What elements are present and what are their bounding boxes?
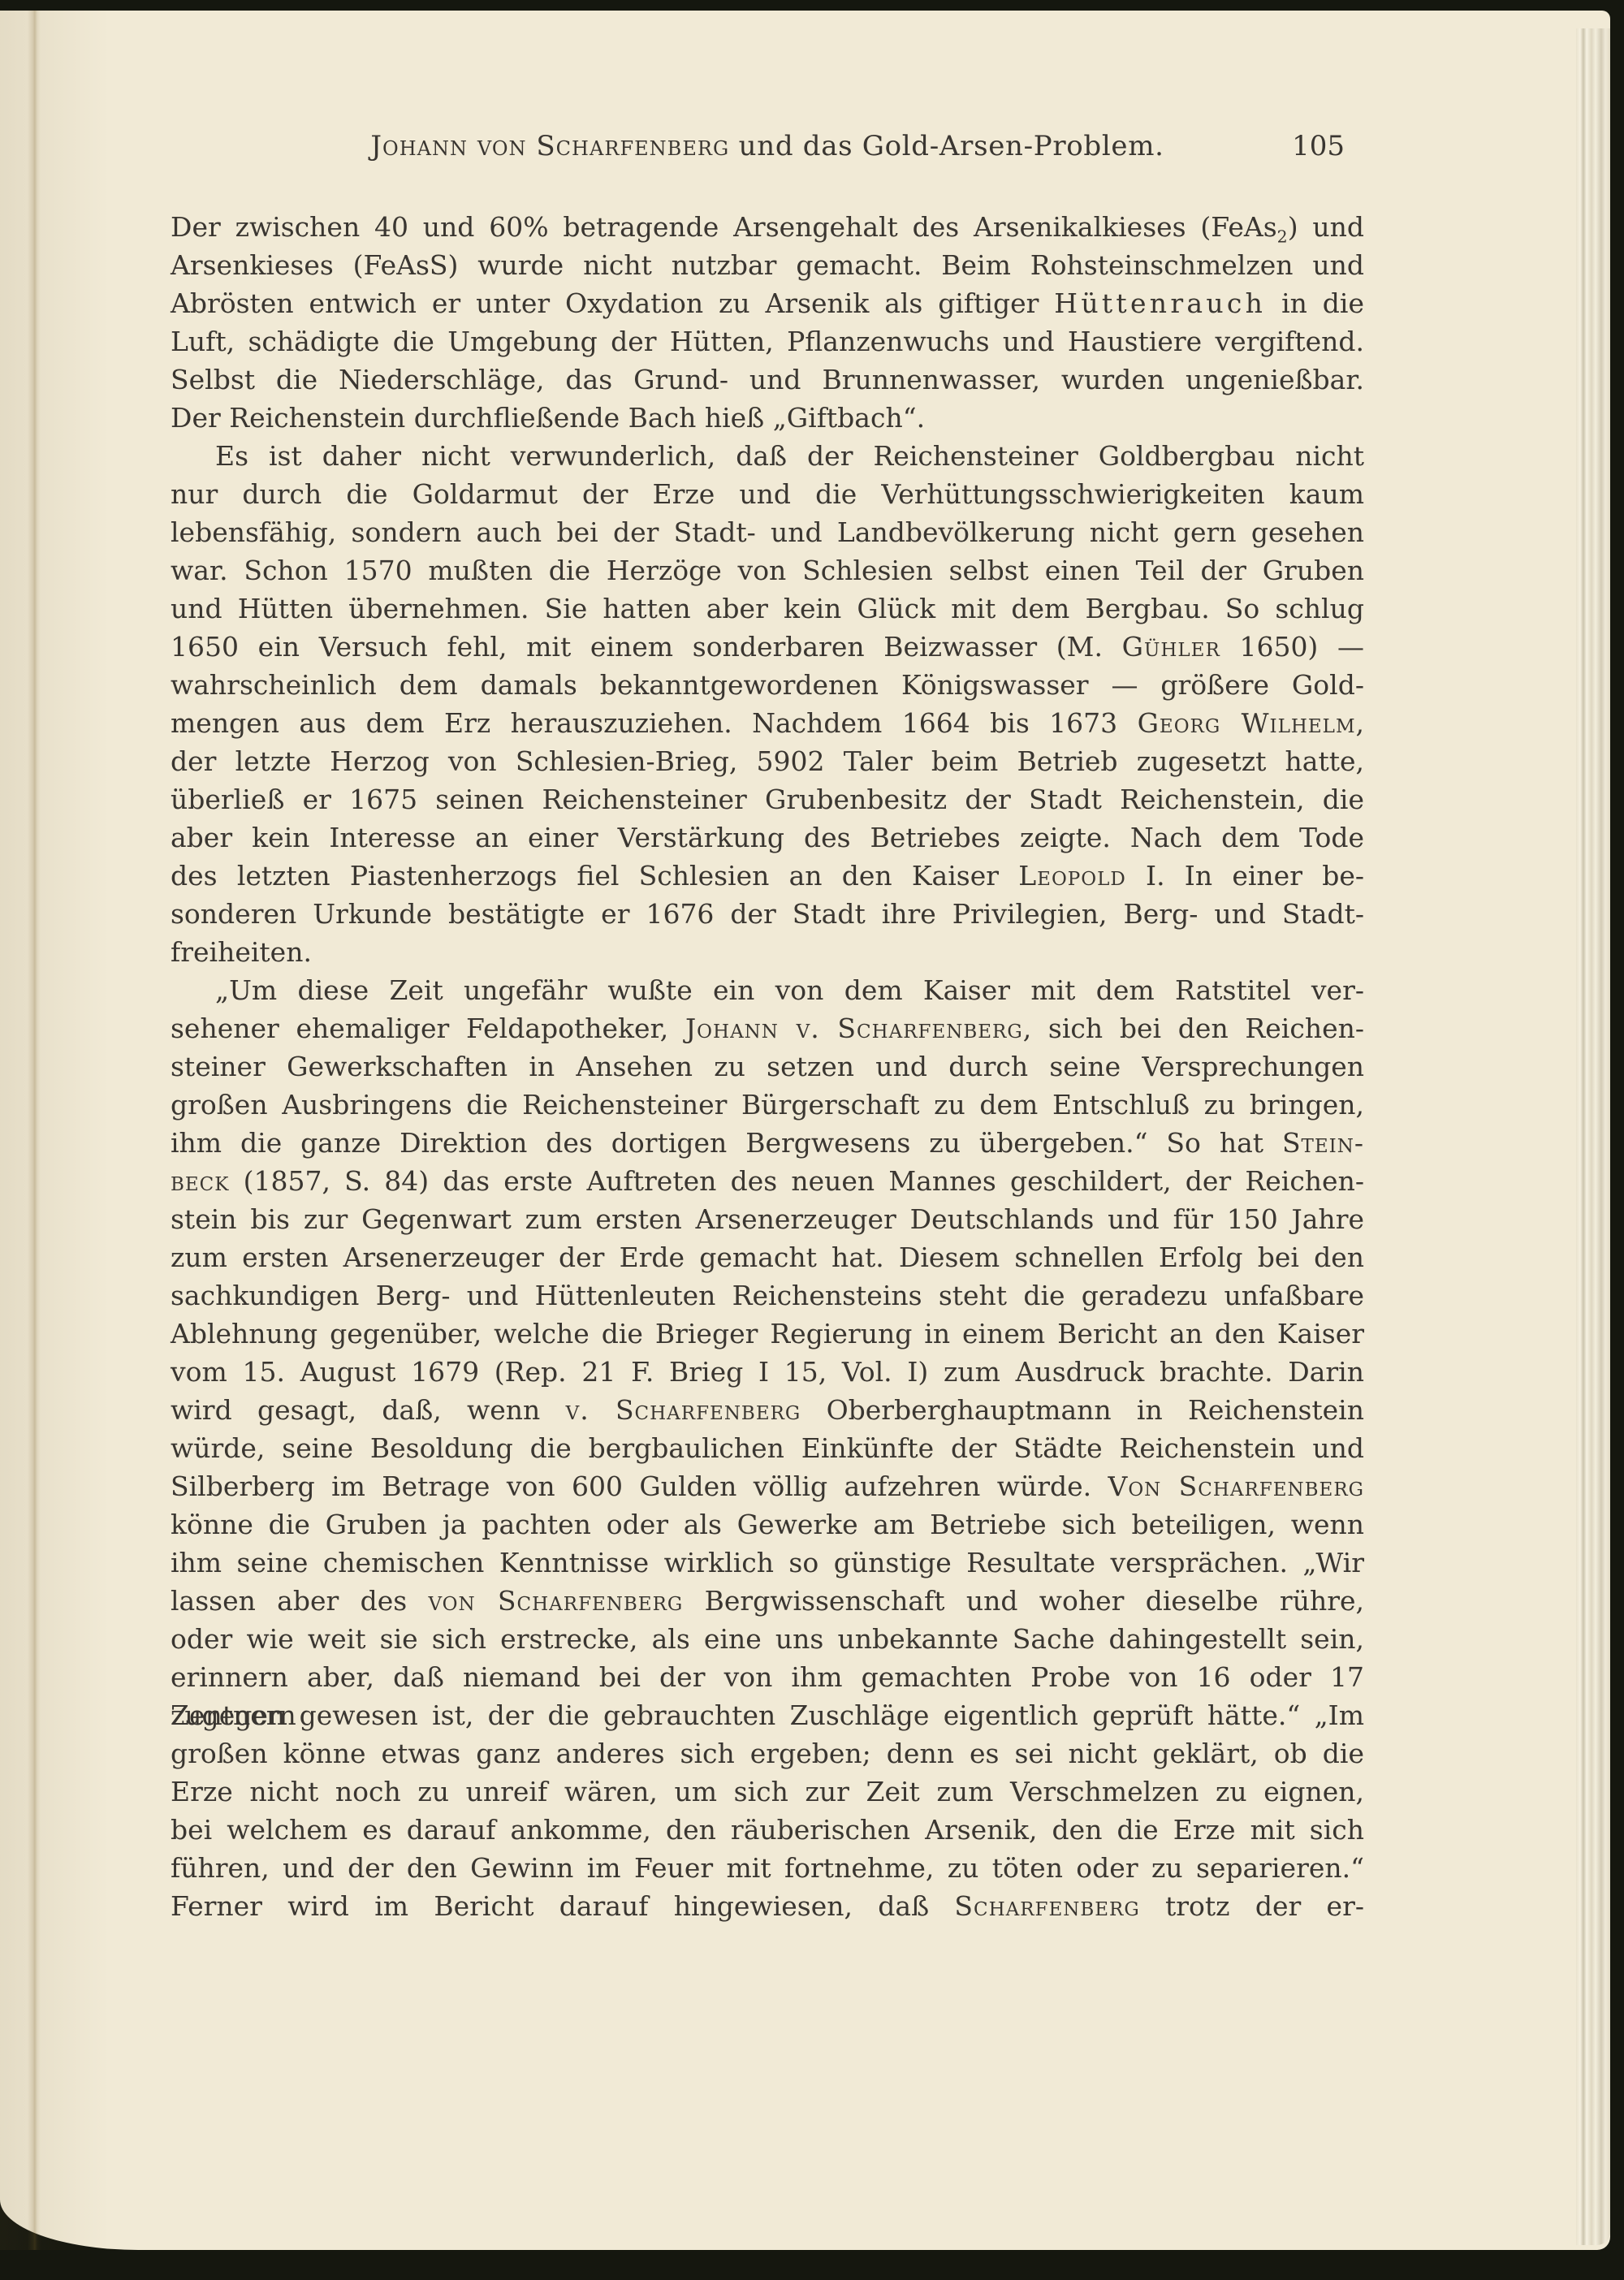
text-run: vom 15. August 1679 (Rep. 21 F. Brieg I … <box>171 1356 1364 1388</box>
text-line: Abrösten entwich er unter Oxydation zu A… <box>171 284 1364 322</box>
page-gutter-crease <box>28 11 41 2250</box>
text-run: mengen aus dem Erz herauszuziehen. Nachd… <box>171 707 1138 739</box>
running-head: Johann von Scharfenberg und das Gold-Ars… <box>171 127 1364 165</box>
text-run: 1650) — <box>1220 631 1364 663</box>
text-line: sachkundigen Berg- und Hüttenleuten Reic… <box>171 1276 1364 1315</box>
text-run: Hüttenrauch <box>1054 287 1266 319</box>
text-run: des letzten Piastenherzogs fiel Schlesie… <box>171 860 1018 892</box>
subscript-text: 2 <box>1277 227 1288 247</box>
text-run: der letzte Herzog von Schlesien-Brieg, 5… <box>171 745 1364 777</box>
text-run: könne die Gruben ja pachten oder als Gew… <box>171 1509 1364 1540</box>
text-line: lassen aber des von Scharfenberg Bergwis… <box>171 1582 1364 1620</box>
text-line: der letzte Herzog von Schlesien-Brieg, 5… <box>171 742 1364 780</box>
text-line: Der Reichenstein durchfließende Bach hie… <box>171 399 1364 437</box>
text-line: Ferner wird im Bericht darauf hingewiese… <box>171 1887 1364 1925</box>
text-run: 1650 ein Versuch fehl, mit einem sonderb… <box>171 631 1122 663</box>
text-run: Der zwischen 40 und 60% betragende Arsen… <box>171 211 1277 243</box>
text-line: 1650 ein Versuch fehl, mit einem sonderb… <box>171 628 1364 666</box>
text-run: ihm seine chemischen Kenntnisse wirklich… <box>171 1547 1364 1578</box>
text-line: Es ist daher nicht verwunderlich, daß de… <box>171 437 1364 475</box>
running-head-title: Johann von Scharfenberg und das Gold-Ars… <box>171 127 1364 165</box>
text-run: sachkundigen Berg- und Hüttenleuten Reic… <box>171 1280 1364 1311</box>
text-run: und Hütten übernehmen. Sie hatten aber k… <box>171 593 1364 624</box>
text-line: oder wie weit sie sich erstrecke, als ei… <box>171 1620 1364 1658</box>
text-run: (1857, S. 84) das erste Auftreten des ne… <box>229 1165 1364 1197</box>
text-body: Der zwischen 40 und 60% betragende Arsen… <box>171 208 1364 1925</box>
text-run: aber kein Interesse an einer Verstärkung… <box>171 822 1364 853</box>
text-line: vom 15. August 1679 (Rep. 21 F. Brieg I … <box>171 1353 1364 1391</box>
text-run: lebensfähig, sondern auch bei der Stadt-… <box>171 516 1364 548</box>
book-photo: Johann von Scharfenberg und das Gold-Ars… <box>0 0 1624 2280</box>
page-edge-stack <box>1576 28 1610 2245</box>
text-line: des letzten Piastenherzogs fiel Schlesie… <box>171 857 1364 895</box>
text-line: Silberberg im Betrage von 600 Gulden völ… <box>171 1467 1364 1505</box>
text-line: war. Schon 1570 mußten die Herzöge von S… <box>171 551 1364 589</box>
text-run: Selbst die Niederschläge, das Grund- und… <box>171 364 1364 395</box>
text-run: Ferner wird im Bericht darauf hingewiese… <box>171 1890 954 1922</box>
text-run: , sich bei den Reichen- <box>1023 1013 1364 1044</box>
text-run: Der Reichenstein durchfließende Bach hie… <box>171 402 925 434</box>
text-run: Erze nicht noch zu unreif wären, um sich… <box>171 1776 1364 1807</box>
paragraph: Der zwischen 40 und 60% betragende Arsen… <box>171 208 1364 437</box>
text-line: Luft, schädigte die Umgebung der Hütten,… <box>171 322 1364 361</box>
text-run: stein bis zur Gegenwart zum ersten Arsen… <box>171 1203 1364 1235</box>
text-line: wird gesagt, daß, wenn v. Scharfenberg O… <box>171 1391 1364 1429</box>
smallcaps-name: von Scharfenberg <box>428 1585 683 1617</box>
text-run: wird gesagt, daß, wenn <box>171 1394 566 1426</box>
text-run: freiheiten. <box>171 936 312 968</box>
text-run: großen Ausbringens die Reichensteiner Bü… <box>171 1089 1364 1121</box>
text-line: großen könne etwas ganz anderes sich erg… <box>171 1734 1364 1773</box>
text-run: Luft, schädigte die Umgebung der Hütten,… <box>171 326 1364 357</box>
text-run: führen, und der den Gewinn im Feuer mit … <box>171 1852 1364 1884</box>
smallcaps-name: Georg Wilhelm <box>1138 707 1356 739</box>
text-run: sonderen Urkunde bestätigte er 1676 der … <box>171 898 1364 930</box>
text-run: oder wie weit sie sich erstrecke, als ei… <box>171 1623 1364 1655</box>
text-line: Erze nicht noch zu unreif wären, um sich… <box>171 1773 1364 1811</box>
text-line: „Um diese Zeit ungefähr wußte ein von de… <box>171 971 1364 1009</box>
text-run: lassen aber des <box>171 1585 428 1617</box>
text-line: beck (1857, S. 84) das erste Auftreten d… <box>171 1162 1364 1200</box>
text-line: großen Ausbringens die Reichensteiner Bü… <box>171 1086 1364 1124</box>
text-line: nur durch die Goldarmut der Erze und die… <box>171 475 1364 513</box>
text-run: Abrösten entwich er unter Oxydation zu A… <box>171 287 1054 319</box>
text-run: großen könne etwas ganz anderes sich erg… <box>171 1738 1364 1769</box>
text-run: wahrscheinlich dem damals bekanntgeworde… <box>171 669 1364 701</box>
text-line: aber kein Interesse an einer Verstärkung… <box>171 818 1364 857</box>
text-run: Arsenkieses (FeAsS) wurde nicht nutzbar … <box>171 249 1364 281</box>
smallcaps-name: Scharfenberg <box>954 1890 1139 1922</box>
text-run: Es ist daher nicht verwunderlich, daß de… <box>215 440 1364 472</box>
text-run: , <box>1355 707 1364 739</box>
text-line: sonderen Urkunde bestätigte er 1676 der … <box>171 895 1364 933</box>
text-line: freiheiten. <box>171 933 1364 971</box>
text-run: würde, seine Besoldung die bergbaulichen… <box>171 1432 1364 1464</box>
text-run: steiner Gewerkschaften in Ansehen zu set… <box>171 1051 1364 1082</box>
smallcaps-name: beck <box>171 1165 229 1197</box>
text-line: zugegen gewesen ist, der die gebrauchten… <box>171 1696 1364 1734</box>
text-run: „Um diese Zeit ungefähr wußte ein von de… <box>215 974 1364 1006</box>
text-line: Der zwischen 40 und 60% betragende Arsen… <box>171 208 1364 246</box>
text-line: zum ersten Arsenerzeuger der Erde gemach… <box>171 1238 1364 1276</box>
text-line: und Hütten übernehmen. Sie hatten aber k… <box>171 589 1364 628</box>
text-run: und das Gold-Arsen-Problem. <box>729 130 1164 162</box>
text-line: ihm die ganze Direktion des dortigen Ber… <box>171 1124 1364 1162</box>
text-run: Ablehnung gegenüber, welche die Brieger … <box>171 1318 1364 1349</box>
text-line: steiner Gewerkschaften in Ansehen zu set… <box>171 1047 1364 1086</box>
text-run: sehener ehemaliger Feldapotheker, <box>171 1013 685 1044</box>
paragraph: Es ist daher nicht verwunderlich, daß de… <box>171 437 1364 971</box>
page-number: 105 <box>1292 127 1345 165</box>
text-run: bei welchem es darauf ankomme, den räube… <box>171 1814 1364 1846</box>
text-run: zugegen gewesen ist, der die gebrauchten… <box>171 1699 1364 1731</box>
text-run: trotz der er- <box>1140 1890 1364 1922</box>
text-run: Oberberghauptmann in Reichenstein <box>801 1394 1364 1426</box>
smallcaps-name: Johann von Scharfenberg <box>370 130 729 162</box>
smallcaps-name: Johann v. Scharfenberg <box>685 1013 1023 1044</box>
text-run: Bergwissenschaft und woher dieselbe rühr… <box>683 1585 1364 1617</box>
book-page: Johann von Scharfenberg und das Gold-Ars… <box>0 11 1610 2250</box>
text-line: Arsenkieses (FeAsS) wurde nicht nutzbar … <box>171 246 1364 284</box>
text-run: ) und <box>1288 211 1364 243</box>
text-line: würde, seine Besoldung die bergbaulichen… <box>171 1429 1364 1467</box>
smallcaps-name: Gühler <box>1122 631 1220 663</box>
text-run: I. In einer be- <box>1126 860 1364 892</box>
text-line: erinnern aber, daß niemand bei der von i… <box>171 1658 1364 1696</box>
paragraph: „Um diese Zeit ungefähr wußte ein von de… <box>171 971 1364 1925</box>
text-line: führen, und der den Gewinn im Feuer mit … <box>171 1849 1364 1887</box>
text-line: ihm seine chemischen Kenntnisse wirklich… <box>171 1544 1364 1582</box>
text-line: stein bis zur Gegenwart zum ersten Arsen… <box>171 1200 1364 1238</box>
smallcaps-name: Von Scharfenberg <box>1108 1470 1364 1502</box>
text-run: ihm die ganze Direktion des dortigen Ber… <box>171 1127 1282 1159</box>
smallcaps-name: Stein- <box>1282 1127 1364 1159</box>
text-run: in die <box>1266 287 1364 319</box>
text-line: sehener ehemaliger Feldapotheker, Johann… <box>171 1009 1364 1047</box>
text-run: nur durch die Goldarmut der Erze und die… <box>171 478 1364 510</box>
text-line: Ablehnung gegenüber, welche die Brieger … <box>171 1315 1364 1353</box>
text-run: überließ er 1675 seinen Reichensteiner G… <box>171 784 1364 815</box>
smallcaps-name: Leopold <box>1018 860 1126 892</box>
text-run: zum ersten Arsenerzeuger der Erde gemach… <box>171 1241 1364 1273</box>
text-run: war. Schon 1570 mußten die Herzöge von S… <box>171 555 1364 586</box>
text-line: bei welchem es darauf ankomme, den räube… <box>171 1811 1364 1849</box>
text-line: könne die Gruben ja pachten oder als Gew… <box>171 1505 1364 1544</box>
text-line: Selbst die Niederschläge, das Grund- und… <box>171 361 1364 399</box>
smallcaps-name: v. Scharfenberg <box>566 1394 801 1426</box>
text-line: überließ er 1675 seinen Reichensteiner G… <box>171 780 1364 818</box>
text-run: Silberberg im Betrage von 600 Gulden völ… <box>171 1470 1108 1502</box>
text-line: mengen aus dem Erz herauszuziehen. Nachd… <box>171 704 1364 742</box>
text-line: wahrscheinlich dem damals bekanntgeworde… <box>171 666 1364 704</box>
text-line: lebensfähig, sondern auch bei der Stadt-… <box>171 513 1364 551</box>
